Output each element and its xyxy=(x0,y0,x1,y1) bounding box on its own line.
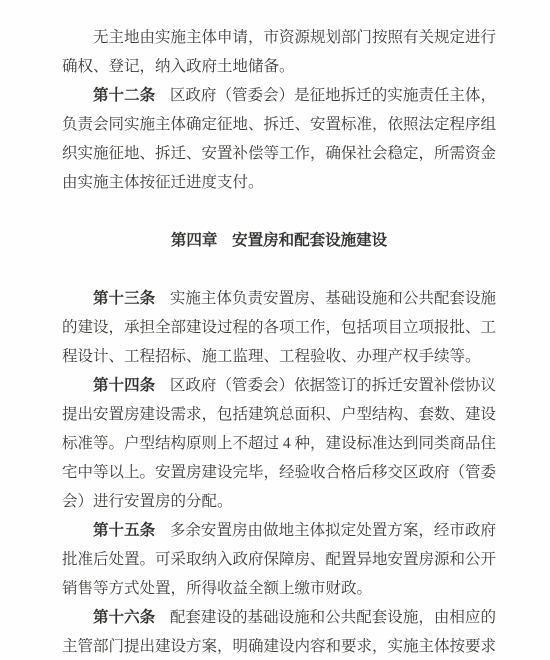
article-paragraph: 第十四条区政府（管委会）依据签订的拆迁安置补偿协议提出安置房建设需求，包括建筑总… xyxy=(62,371,496,516)
article-number: 第十六条 xyxy=(93,609,155,626)
article-text: 无主地由实施主体申请，市资源规划部门按照有关规定进行确权、登记，纳入政府土地储备… xyxy=(62,29,496,75)
article-number: 第十五条 xyxy=(93,522,155,539)
article-paragraph: 第十五条多余安置房由做地主体拟定处置方案，经市政府批准后处置。可采取纳入政府保障… xyxy=(62,516,496,603)
chapter-heading: 第四章安置房和配套设施建设 xyxy=(62,226,496,255)
article-paragraph: 第十六条配套建设的基础设施和公共配套设施，由相应的主管部门提出建设方案，明确建设… xyxy=(62,603,496,660)
article-number: 第十二条 xyxy=(93,87,155,104)
article-paragraph: 无主地由实施主体申请，市资源规划部门按照有关规定进行确权、登记，纳入政府土地储备… xyxy=(62,23,496,81)
article-number: 第十三条 xyxy=(93,290,155,307)
article-paragraph: 第十三条实施主体负责安置房、基础设施和公共配套设施的建设，承担全部建设过程的各项… xyxy=(62,284,496,371)
article-text: 区政府（管委会）依据签订的拆迁安置补偿协议提出安置房建设需求，包括建筑总面积、户… xyxy=(62,377,496,510)
article-paragraph: 第十二条区政府（管委会）是征地拆迁的实施责任主体，负责会同实施主体确定征地、拆迁… xyxy=(62,81,496,197)
chapter-number: 第四章 xyxy=(171,232,218,249)
document-body: 无主地由实施主体申请，市资源规划部门按照有关规定进行确权、登记，纳入政府土地储备… xyxy=(62,23,496,660)
article-number: 第十四条 xyxy=(93,377,155,394)
document-page: 无主地由实施主体申请，市资源规划部门按照有关规定进行确权、登记，纳入政府土地储备… xyxy=(0,0,550,660)
chapter-title: 安置房和配套设施建设 xyxy=(232,232,387,249)
